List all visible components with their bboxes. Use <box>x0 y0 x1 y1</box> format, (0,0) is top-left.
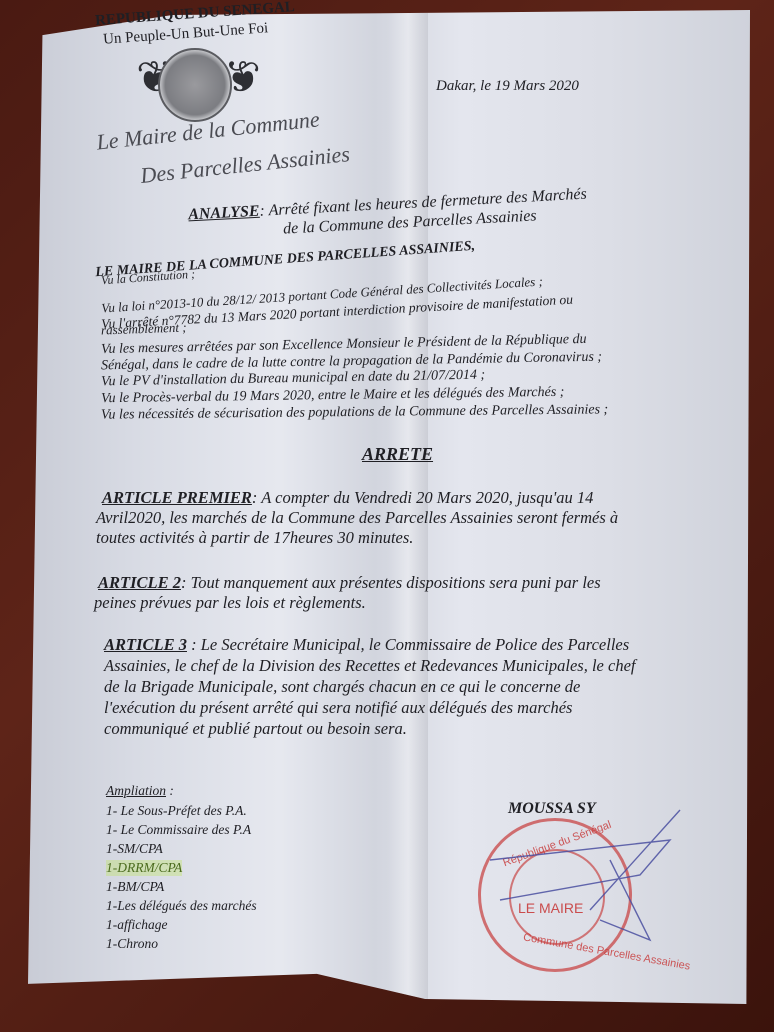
article-line: peines prévues par les lois et règlement… <box>94 593 366 613</box>
article-text: : Tout manquement aux présentes disposit… <box>181 573 601 592</box>
ampliation-item: 1-Chrono <box>106 936 158 952</box>
article-text: : A compter du Vendredi 20 Mars 2020, ju… <box>252 488 593 507</box>
ampliation-item: 1-affichage <box>106 917 167 933</box>
article-text: peines prévues par les lois et règlement… <box>94 593 366 612</box>
article-line: l'exécution du présent arrêté qui sera n… <box>104 698 572 718</box>
analyse-label: ANALYSE <box>188 203 260 224</box>
preamble-line: rassemblement ; <box>101 320 187 339</box>
article-text: de la Brigade Municipale, sont chargés c… <box>104 677 580 696</box>
article-line: communiqué et publié partout ou besoin s… <box>104 719 407 739</box>
article-line: Avril2020, les marchés de la Commune des… <box>96 508 618 528</box>
handwritten-signature-icon <box>480 800 710 950</box>
article-text: communiqué et publié partout ou besoin s… <box>104 719 407 738</box>
document-date: Dakar, le 19 Mars 2020 <box>436 78 579 95</box>
ampliation-item: 1-Les délégués des marchés <box>106 898 257 914</box>
article-label: ARTICLE 2 <box>98 573 181 592</box>
ampliation-colon: : <box>166 783 174 798</box>
ampliation-item: 1-DRRM/CPA <box>106 860 182 876</box>
article-text: toutes activités à partir de 17heures 30… <box>96 528 413 547</box>
ampliation-item: 1-BM/CPA <box>106 879 164 895</box>
ampliation-item: 1- Le Sous-Préfet des P.A. <box>106 803 247 819</box>
laurel-icon: ❦ <box>224 52 261 103</box>
article-line: ARTICLE 2: Tout manquement aux présentes… <box>98 573 601 593</box>
article-line: de la Brigade Municipale, sont chargés c… <box>104 677 580 697</box>
article-label: ARTICLE PREMIER <box>102 488 252 507</box>
ampliation-label: Ampliation <box>106 783 166 798</box>
article-text: : Le Secrétaire Municipal, le Commissair… <box>187 635 629 654</box>
ampliation-item: 1- Le Commissaire des P.A <box>106 822 251 838</box>
article-text: l'exécution du présent arrêté qui sera n… <box>104 698 572 717</box>
arrete-title: ARRETE <box>362 444 433 465</box>
article-line: ARTICLE PREMIER: A compter du Vendredi 2… <box>102 488 593 508</box>
seal-emblem-icon <box>158 48 232 122</box>
article-text: Avril2020, les marchés de la Commune des… <box>96 508 618 527</box>
article-label: ARTICLE 3 <box>104 635 187 654</box>
article-line: toutes activités à partir de 17heures 30… <box>96 528 413 548</box>
ampliation-title: Ampliation : <box>106 783 174 799</box>
article-line: ARTICLE 3 : Le Secrétaire Municipal, le … <box>104 635 629 655</box>
article-text: Assainies, le chef de la Division des Re… <box>104 656 635 675</box>
article-line: Assainies, le chef de la Division des Re… <box>104 656 635 676</box>
ampliation-item: 1-SM/CPA <box>106 841 163 857</box>
